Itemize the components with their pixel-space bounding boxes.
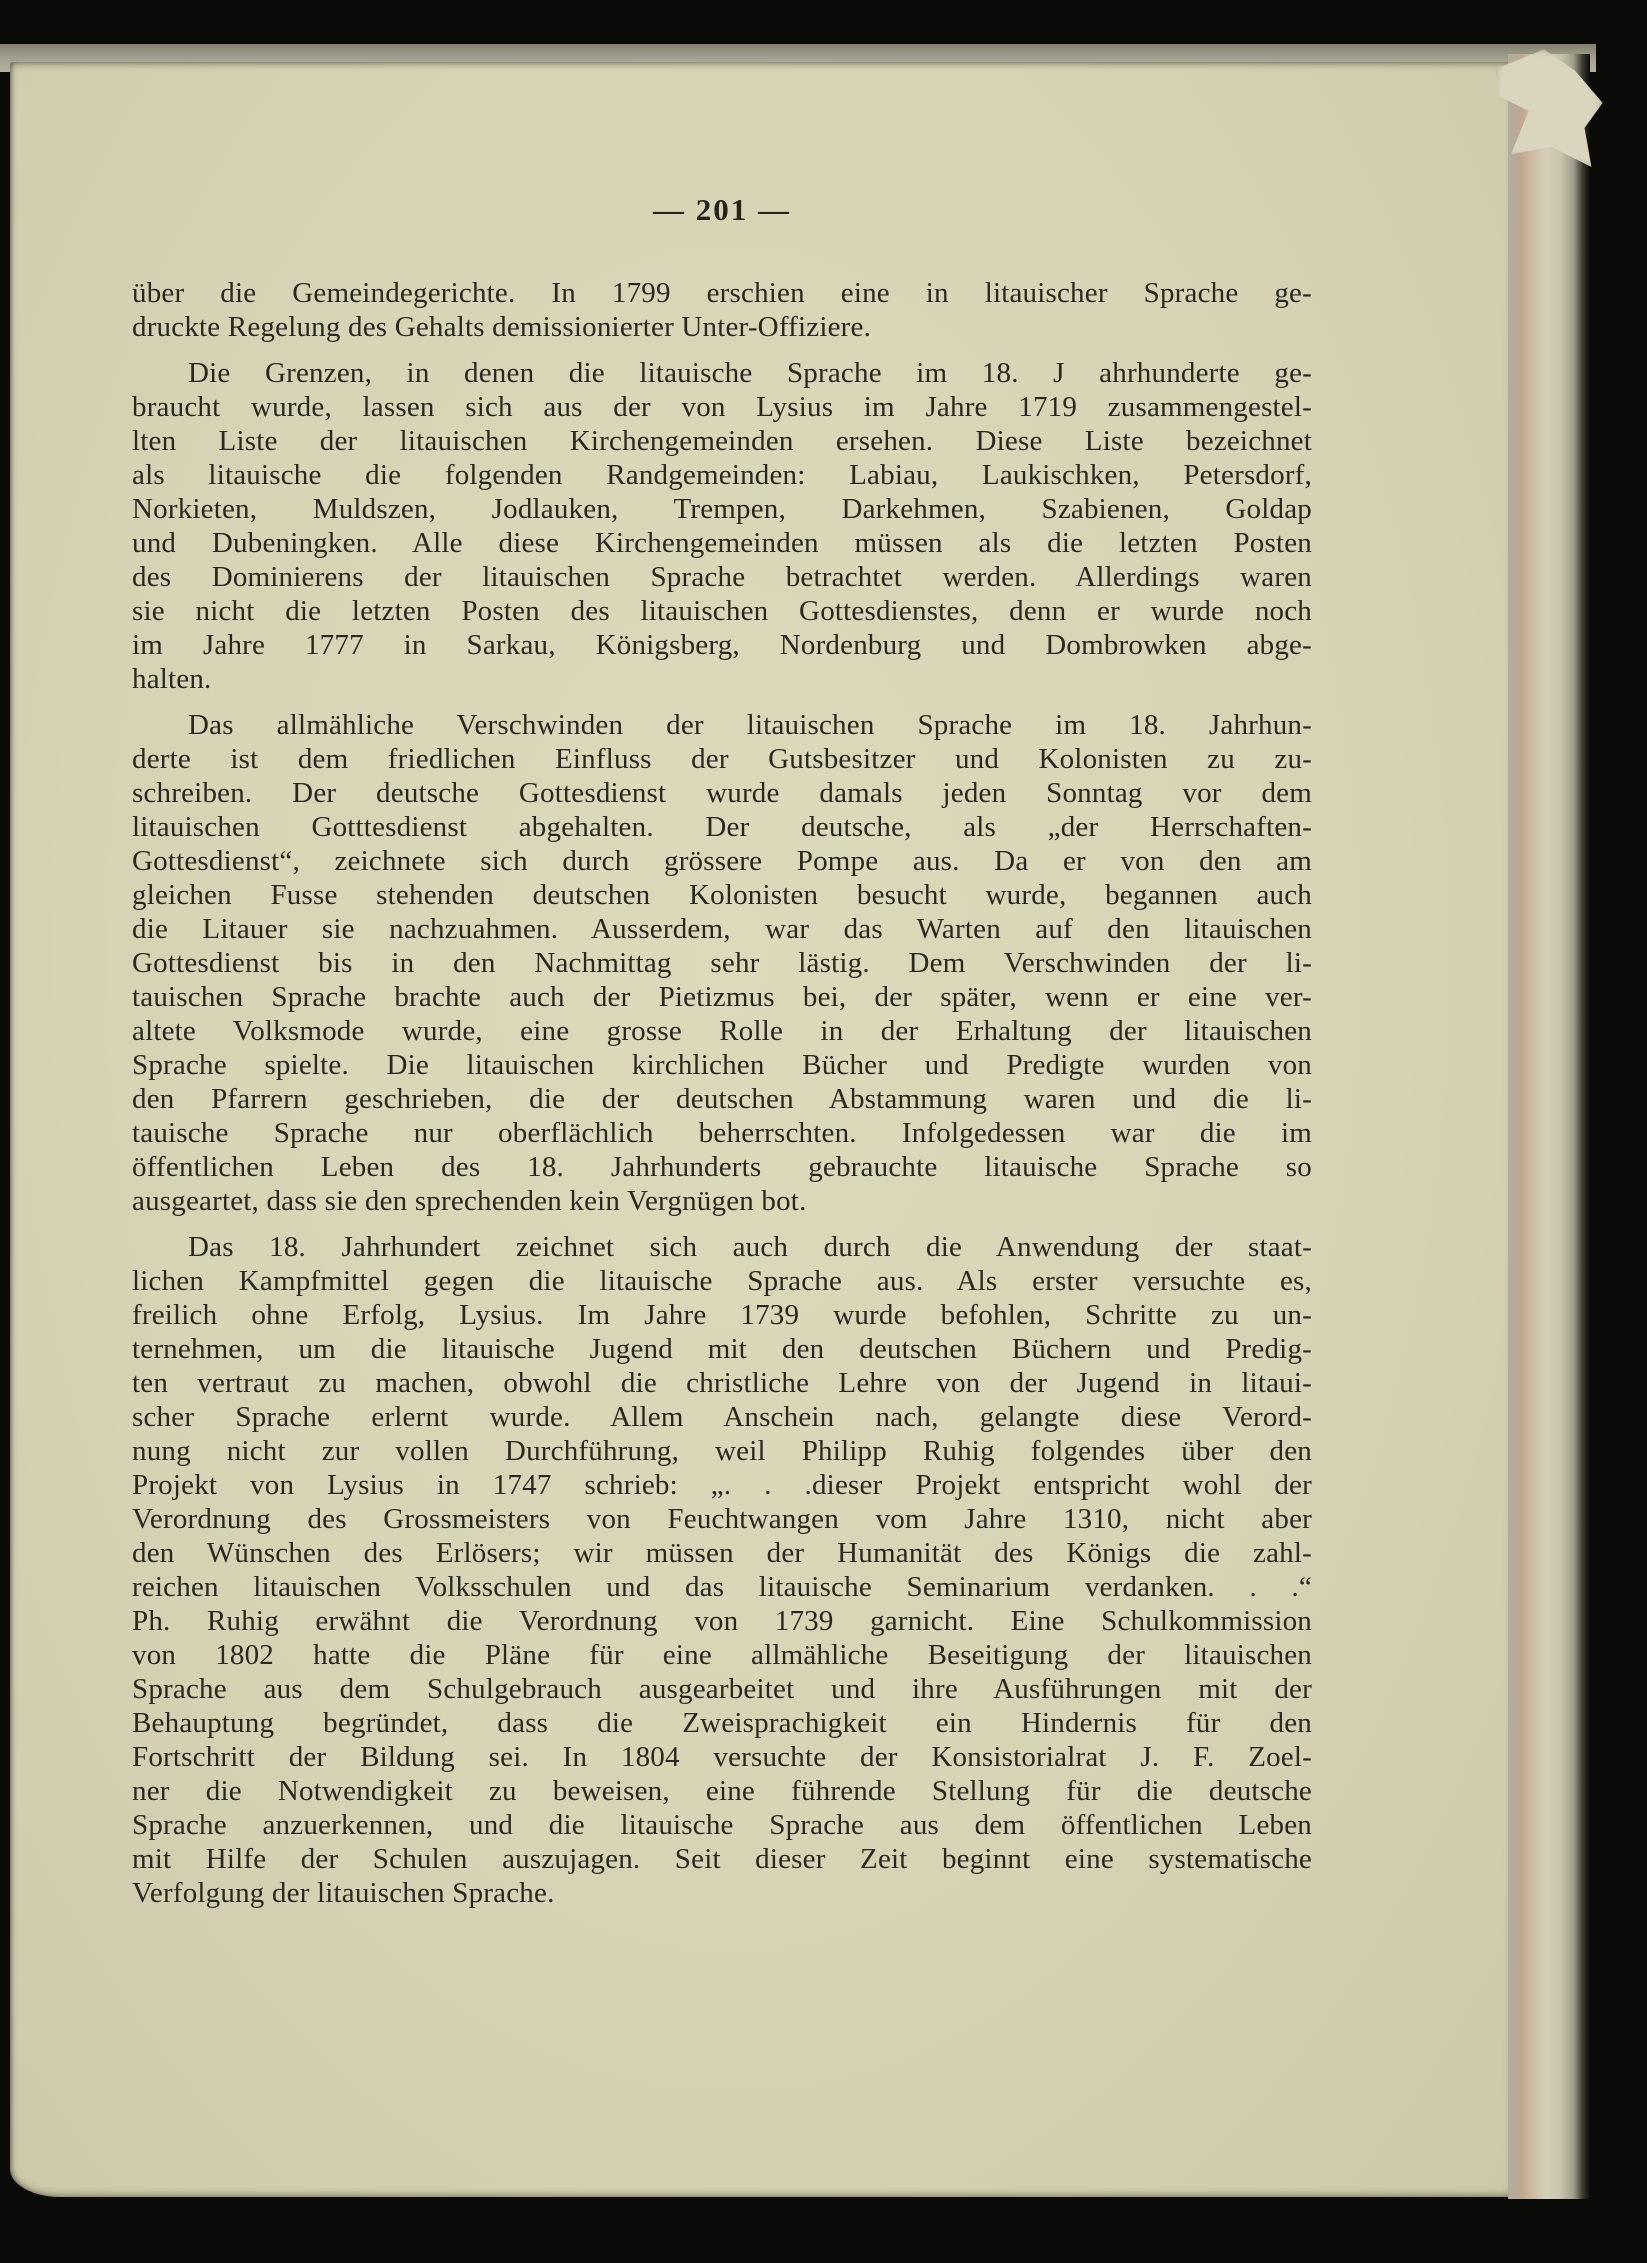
text-line: Verfolgung der litauischen Sprache.	[132, 1876, 1312, 1910]
text-line: schreiben. Der deutsche Gottesdienst wur…	[132, 776, 1312, 810]
text-line: öffentlichen Leben des 18. Jahrhunderts …	[132, 1150, 1312, 1184]
text-line: tauische Sprache nur oberflächlich beher…	[132, 1116, 1312, 1150]
text-line: braucht wurde, lassen sich aus der von L…	[132, 390, 1312, 424]
text-line: Sprache anzuerkennen, und die litauische…	[132, 1808, 1312, 1842]
text-line: des Dominierens der litauischen Sprache …	[132, 560, 1312, 594]
text-line: gleichen Fusse stehenden deutschen Kolon…	[132, 878, 1312, 912]
book-page: — 201 — über die Gemeindegerichte. In 17…	[10, 62, 1515, 2197]
text-line: scher Sprache erlernt wurde. Allem Ansch…	[132, 1400, 1312, 1434]
text-line: derte ist dem friedlichen Einfluss der G…	[132, 742, 1312, 776]
text-line: Sprache spielte. Die litauischen kirchli…	[132, 1048, 1312, 1082]
text-line: ner die Notwendigkeit zu beweisen, eine …	[132, 1774, 1312, 1808]
text-line: den Wünschen des Erlösers; wir müssen de…	[132, 1536, 1312, 1570]
text-line: im Jahre 1777 in Sarkau, Königsberg, Nor…	[132, 628, 1312, 662]
text-line: altete Volksmode wurde, eine grosse Roll…	[132, 1014, 1312, 1048]
text-line: mit Hilfe der Schulen auszujagen. Seit d…	[132, 1842, 1312, 1876]
text-line: den Pfarrern geschrieben, die der deutsc…	[132, 1082, 1312, 1116]
text-line: ternehmen, um die litauische Jugend mit …	[132, 1332, 1312, 1366]
text-line: litauischen Gotttesdienst abgehalten. De…	[132, 810, 1312, 844]
paragraph: Das 18. Jahrhundert zeichnet sich auch d…	[132, 1230, 1312, 1910]
text-line: Gottesdienst bis in den Nachmittag sehr …	[132, 946, 1312, 980]
text-line: und Dubeningken. Alle diese Kirchengemei…	[132, 526, 1312, 560]
text-line: als litauische die folgenden Randgemeind…	[132, 458, 1312, 492]
text-line: Die Grenzen, in denen die litauische Spr…	[132, 356, 1312, 390]
text-line: ten vertraut zu machen, obwohl die chris…	[132, 1366, 1312, 1400]
text-line: Norkieten, Muldszen, Jodlauken, Trempen,…	[132, 492, 1312, 526]
text-line: sie nicht die letzten Posten des litauis…	[132, 594, 1312, 628]
text-line: Das allmähliche Verschwinden der litauis…	[132, 708, 1312, 742]
paragraph: Das allmähliche Verschwinden der litauis…	[132, 708, 1312, 1218]
text-line: reichen litauischen Volksschulen und das…	[132, 1570, 1312, 1604]
text-line: lten Liste der litauischen Kirchengemein…	[132, 424, 1312, 458]
text-line: nung nicht zur vollen Durchführung, weil…	[132, 1434, 1312, 1468]
text-line: über die Gemeindegerichte. In 1799 ersch…	[132, 276, 1312, 310]
text-line: Behauptung begründet, dass die Zweisprac…	[132, 1706, 1312, 1740]
text-line: Ph. Ruhig erwähnt die Verordnung von 173…	[132, 1604, 1312, 1638]
text-line: tauischen Sprache brachte auch der Pieti…	[132, 980, 1312, 1014]
text-block: über die Gemeindegerichte. In 1799 ersch…	[132, 276, 1312, 1910]
text-line: Fortschritt der Bildung sei. In 1804 ver…	[132, 1740, 1312, 1774]
book-fore-edge	[1508, 54, 1590, 2199]
paragraph: Die Grenzen, in denen die litauische Spr…	[132, 356, 1312, 696]
text-line: die Litauer sie nachzuahmen. Ausserdem, …	[132, 912, 1312, 946]
text-line: druckte Regelung des Gehalts demissionie…	[132, 310, 1312, 344]
text-line: Gottesdienst“, zeichnete sich durch grös…	[132, 844, 1312, 878]
text-line: Sprache aus dem Schulgebrauch ausgearbei…	[132, 1672, 1312, 1706]
text-line: lichen Kampfmittel gegen die litauische …	[132, 1264, 1312, 1298]
text-line: Verordnung des Grossmeisters von Feuchtw…	[132, 1502, 1312, 1536]
paragraph: über die Gemeindegerichte. In 1799 ersch…	[132, 276, 1312, 344]
text-line: von 1802 hatte die Pläne für eine allmäh…	[132, 1638, 1312, 1672]
page-number: — 201 —	[132, 192, 1312, 228]
text-line: ausgeartet, dass sie den sprechenden kei…	[132, 1184, 1312, 1218]
text-line: halten.	[132, 662, 1312, 696]
text-line: Projekt von Lysius in 1747 schrieb: „. .…	[132, 1468, 1312, 1502]
text-line: freilich ohne Erfolg, Lysius. Im Jahre 1…	[132, 1298, 1312, 1332]
text-line: Das 18. Jahrhundert zeichnet sich auch d…	[132, 1230, 1312, 1264]
scanned-book-page: — 201 — über die Gemeindegerichte. In 17…	[0, 0, 1647, 2263]
